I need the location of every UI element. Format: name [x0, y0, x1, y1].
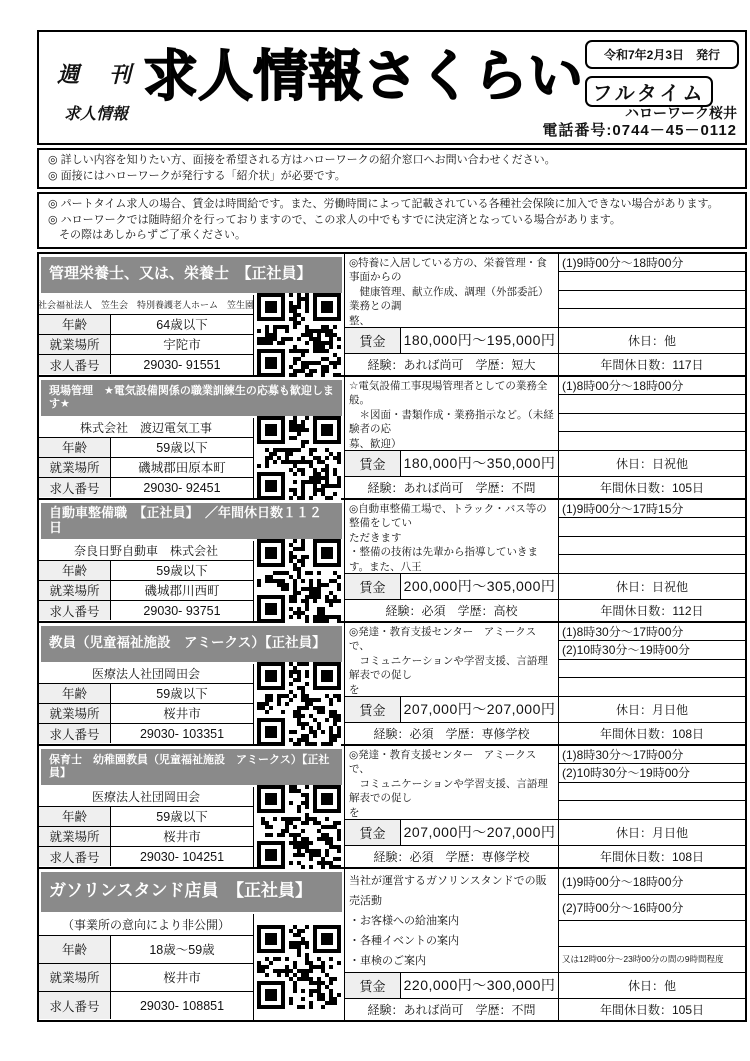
work-hours-row: (1)9時00分～18時00分: [559, 254, 745, 273]
wage-row: 賃金 220,000円～300,000円: [345, 973, 558, 999]
table-row: 年齢 59歳以下: [39, 807, 253, 827]
table-row: 就業場所 桜井市: [39, 704, 253, 724]
age-value: 59歳以下: [111, 561, 253, 580]
workplace-label: 就業場所: [39, 581, 111, 600]
work-hours-row: [559, 518, 745, 537]
edition-line2: 求人情報: [57, 106, 135, 124]
notice-line: ◎ 面接にはハローワークが発行する「紹介状」が必要です。: [48, 169, 736, 185]
annual-holidays-value: 年間休日数：105日: [559, 999, 745, 1020]
annual-holidays-value: 年間休日数：105日: [559, 477, 745, 498]
workplace-value: 磯城郡川西町: [111, 581, 253, 600]
annual-holidays-value: 年間休日数：108日: [559, 846, 745, 867]
table-row: 求人番号 29030- 91551: [39, 355, 253, 374]
job-left-panel: ガソリンスタンド店員 【正社員】 （事業所の意向により非公開） 年齢 18歳～5…: [39, 869, 345, 1020]
page-title: 求人情報さくらい: [143, 32, 583, 111]
job-description: ◎発達・教育支援センター アミークスで、 コミュニケーションや学習支援、言語理解…: [345, 746, 558, 820]
job-mid-panel: ☆電気設備工事現場管理者としての業務全般。 ＊図面・書類作成・業務指示など。（未…: [345, 377, 559, 498]
holiday-value: 休日：他: [559, 328, 745, 354]
experience-education: 経験：あれば尚可 学歴：不問: [345, 999, 558, 1020]
wage-row: 賃金 200,000円～305,000円: [345, 574, 558, 600]
qr-code: [253, 541, 344, 621]
job-number-value: 29030- 103351: [111, 724, 253, 743]
job-title-bar: 管理栄養士、又は、栄養士 【正社員】: [41, 257, 342, 293]
work-hours-row: [559, 309, 745, 328]
age-value: 64歳以下: [111, 315, 253, 334]
table-row: 求人番号 29030- 93751: [39, 601, 253, 620]
edition-line1: 週 刊: [57, 62, 135, 87]
job-number-label: 求人番号: [39, 724, 111, 743]
experience-education: 経験：あれば尚可 学歴：不問: [345, 477, 558, 498]
work-hours-row: [559, 395, 745, 414]
job-description: ◎発達・教育支援センター アミークスで、 コミュニケーションや学習支援、言語理解…: [345, 623, 558, 697]
wage-row: 賃金 180,000円～350,000円: [345, 451, 558, 477]
table-row: 年齢 59歳以下: [39, 684, 253, 704]
job-right-panel: (1)9時00分～18時00分 休日：他 年間休日数：117日: [559, 254, 745, 375]
wage-label: 賃金: [345, 697, 401, 722]
job-listing: 教員（児童福祉施設 アミークス）【正社員】 医療法人社団岡田会 年齢 59歳以下…: [39, 623, 745, 746]
workplace-label: 就業場所: [39, 335, 111, 354]
table-row: 就業場所 宇陀市: [39, 335, 253, 355]
job-left-panel: 自動車整備職 【正社員】 ／年間休日数１１２日 奈良日野自動車 株式会社 年齢 …: [39, 500, 345, 621]
qr-code: [253, 418, 344, 498]
qr-code: [253, 295, 344, 375]
work-hours-row: (1)8時00分～18時00分: [559, 377, 745, 396]
workplace-value: 桜井市: [111, 964, 253, 991]
company-name: （事業所の意向により非公開）: [39, 914, 253, 936]
work-hours-row: [559, 801, 745, 820]
job-number-value: 29030- 104251: [111, 847, 253, 866]
flyer-page: 週 刊 求人情報 求人情報さくらい 令和7年2月3日 発行 フルタイム ハローワ…: [37, 30, 747, 1022]
workplace-value: 桜井市: [111, 704, 253, 723]
table-row: 求人番号 29030- 103351: [39, 724, 253, 743]
work-hours-row: [559, 555, 745, 574]
company-name: 医療法人社団岡田会: [39, 787, 253, 807]
job-number-value: 29030- 108851: [111, 992, 253, 1019]
workplace-value: 磯城郡田原本町: [111, 458, 253, 477]
wage-value: 207,000円～207,000円: [401, 820, 558, 845]
work-hours-row: (2)10時30分～19時00分: [559, 641, 745, 660]
job-number-value: 29030- 92451: [111, 478, 253, 497]
table-row: 年齢 64歳以下: [39, 315, 253, 335]
annual-holidays-value: 年間休日数：112日: [559, 600, 745, 621]
wage-value: 220,000円～300,000円: [401, 973, 558, 998]
job-description: ◎自動車整備工場で、トラック・バス等の整備をしてい ただきます ・整備の技術は先…: [345, 500, 558, 574]
job-right-panel: (1)8時00分～18時00分 休日：日祝他 年間休日数：105日: [559, 377, 745, 498]
job-right-panel: (1)8時30分～17時00分 (2)10時30分～19時00分 休日：月日他 …: [559, 746, 745, 867]
edition-label: 週 刊 求人情報: [57, 44, 135, 143]
age-label: 年齢: [39, 807, 111, 826]
holiday-value: 休日：月日他: [559, 820, 745, 846]
job-right-panel: (1)8時30分～17時00分 (2)10時30分～19時00分 休日：月日他 …: [559, 623, 745, 744]
office-name: ハローワーク桜井: [542, 105, 737, 123]
age-label: 年齢: [39, 438, 111, 457]
age-value: 18歳～59歳: [111, 936, 253, 963]
job-right-panel: (1)9時00分～17時15分 休日：日祝他 年間休日数：112日: [559, 500, 745, 621]
work-hours-row: (1)9時00分～18時00分: [559, 869, 745, 895]
experience-education: 経験：必須 学歴：専修学校: [345, 723, 558, 744]
work-hours-row: [559, 414, 745, 433]
holiday-value: 休日：日祝他: [559, 451, 745, 477]
job-listing: 現場管理 ★電気設備関係の職業訓練生の応募も歓迎します★ 株式会社 渡辺電気工事…: [39, 377, 745, 500]
table-row: 就業場所 桜井市: [39, 964, 253, 992]
job-title-bar: ガソリンスタンド店員 【正社員】: [41, 872, 342, 912]
work-hours-row: [559, 291, 745, 310]
wage-label: 賃金: [345, 973, 401, 998]
notice-line: ◎ ハローワークでは随時紹介を行っておりますので、この求人の中でもすでに決定済と…: [48, 213, 736, 229]
job-listing: 保育士 幼稚園教員（児童福祉施設 アミークス）【正社員】 医療法人社団岡田会 年…: [39, 746, 745, 869]
wage-row: 賃金 207,000円～207,000円: [345, 820, 558, 846]
job-left-panel: 保育士 幼稚園教員（児童福祉施設 アミークス）【正社員】 医療法人社団岡田会 年…: [39, 746, 345, 867]
wage-label: 賃金: [345, 451, 401, 476]
job-listing: 自動車整備職 【正社員】 ／年間休日数１１２日 奈良日野自動車 株式会社 年齢 …: [39, 500, 745, 623]
wage-label: 賃金: [345, 574, 401, 599]
job-title-bar: 保育士 幼稚園教員（児童福祉施設 アミークス）【正社員】: [41, 749, 342, 785]
work-hours-row: (2)7時00分～16時00分: [559, 895, 745, 921]
work-hours-row: (1)8時30分～17時00分: [559, 746, 745, 765]
wage-value: 180,000円～195,000円: [401, 328, 558, 353]
table-row: 求人番号 29030- 108851: [39, 992, 253, 1019]
wage-row: 賃金 180,000円～195,000円: [345, 328, 558, 354]
wage-value: 207,000円～207,000円: [401, 697, 558, 722]
work-hours-row: [559, 783, 745, 802]
workplace-value: 桜井市: [111, 827, 253, 846]
work-hours-row: [559, 678, 745, 697]
wage-label: 賃金: [345, 820, 401, 845]
office-info: ハローワーク桜井 電話番号:0744－45－0112: [542, 105, 737, 141]
job-title-bar: 教員（児童福祉施設 アミークス）【正社員】: [41, 626, 342, 662]
age-label: 年齢: [39, 684, 111, 703]
job-listing: ガソリンスタンド店員 【正社員】 （事業所の意向により非公開） 年齢 18歳～5…: [39, 869, 745, 1020]
wage-row: 賃金 207,000円～207,000円: [345, 697, 558, 723]
job-number-label: 求人番号: [39, 992, 111, 1019]
notice-box-2: ◎ パートタイム求人の場合、賃金は時間給です。また、労働時間によって記載されてい…: [37, 192, 747, 249]
workplace-label: 就業場所: [39, 964, 111, 991]
age-value: 59歳以下: [111, 684, 253, 703]
office-phone: 電話番号:0744－45－0112: [542, 122, 737, 141]
notice-box-1: ◎ 詳しい内容を知りたい方、面接を希望される方はハローワークの紹介窓口へお問い合…: [37, 148, 747, 189]
company-name: 奈良日野自動車 株式会社: [39, 541, 253, 561]
job-left-panel: 管理栄養士、又は、栄養士 【正社員】 社会福祉法人 笠生会 特別養護老人ホーム …: [39, 254, 345, 375]
workplace-label: 就業場所: [39, 827, 111, 846]
work-hours-row: (1)9時00分～17時15分: [559, 500, 745, 519]
job-number-label: 求人番号: [39, 601, 111, 620]
age-label: 年齢: [39, 561, 111, 580]
job-number-value: 29030- 93751: [111, 601, 253, 620]
job-title-bar: 現場管理 ★電気設備関係の職業訓練生の応募も歓迎します★: [41, 380, 342, 416]
work-hours-row: [559, 537, 745, 556]
job-title-bar: 自動車整備職 【正社員】 ／年間休日数１１２日: [41, 503, 342, 539]
masthead: 週 刊 求人情報 求人情報さくらい 令和7年2月3日 発行 フルタイム ハローワ…: [37, 30, 747, 145]
job-left-panel: 教員（児童福祉施設 アミークス）【正社員】 医療法人社団岡田会 年齢 59歳以下…: [39, 623, 345, 744]
work-hours-row: [559, 432, 745, 451]
table-row: 年齢 59歳以下: [39, 561, 253, 581]
job-number-label: 求人番号: [39, 478, 111, 497]
work-hours-row: [559, 272, 745, 291]
company-name: 社会福祉法人 笠生会 特別養護老人ホーム 笠生園: [39, 295, 253, 315]
qr-code: [253, 787, 344, 867]
job-description: ◎特養に入居している方の、栄養管理・食事面からの 健康管理、献立作成、調理（外部…: [345, 254, 558, 328]
issue-date-box: 令和7年2月3日 発行: [585, 40, 739, 69]
work-hours-row: 又は12時00分～23時00分の間の9時間程度: [559, 947, 745, 973]
table-row: 求人番号 29030- 92451: [39, 478, 253, 497]
work-hours-row: [559, 660, 745, 679]
holiday-value: 休日：日祝他: [559, 574, 745, 600]
job-mid-panel: ◎発達・教育支援センター アミークスで、 コミュニケーションや学習支援、言語理解…: [345, 746, 559, 867]
workplace-label: 就業場所: [39, 458, 111, 477]
job-number-value: 29030- 91551: [111, 355, 253, 374]
holiday-value: 休日：他: [559, 973, 745, 999]
qr-code: [253, 914, 344, 1020]
experience-education: 経験：必須 学歴：高校: [345, 600, 558, 621]
experience-education: 経験：必須 学歴：専修学校: [345, 846, 558, 867]
job-number-label: 求人番号: [39, 847, 111, 866]
holiday-value: 休日：月日他: [559, 697, 745, 723]
job-listing: 管理栄養士、又は、栄養士 【正社員】 社会福祉法人 笠生会 特別養護老人ホーム …: [39, 254, 745, 377]
job-mid-panel: ◎自動車整備工場で、トラック・バス等の整備をしてい ただきます ・整備の技術は先…: [345, 500, 559, 621]
workplace-label: 就業場所: [39, 704, 111, 723]
table-row: 求人番号 29030- 104251: [39, 847, 253, 866]
workplace-value: 宇陀市: [111, 335, 253, 354]
age-label: 年齢: [39, 936, 111, 963]
job-mid-panel: ◎発達・教育支援センター アミークスで、 コミュニケーションや学習支援、言語理解…: [345, 623, 559, 744]
qr-code: [253, 664, 344, 744]
table-row: 年齢 59歳以下: [39, 438, 253, 458]
table-row: 就業場所 磯城郡田原本町: [39, 458, 253, 478]
company-name: 医療法人社団岡田会: [39, 664, 253, 684]
job-description: 当社が運営するガソリンスタンドでの販売活動 ・お客様への給油案内 ・各種イベント…: [345, 869, 558, 973]
table-row: 年齢 18歳～59歳: [39, 936, 253, 964]
notice-line: その際はあしからずご了承ください。: [48, 228, 736, 244]
work-hours-row: (2)10時30分～19時00分: [559, 764, 745, 783]
notice-line: ◎ 詳しい内容を知りたい方、面接を希望される方はハローワークの紹介窓口へお問い合…: [48, 153, 736, 169]
job-right-panel: (1)9時00分～18時00分 (2)7時00分～16時00分 又は12時00分…: [559, 869, 745, 1020]
age-value: 59歳以下: [111, 438, 253, 457]
job-left-panel: 現場管理 ★電気設備関係の職業訓練生の応募も歓迎します★ 株式会社 渡辺電気工事…: [39, 377, 345, 498]
employment-type-badge: フルタイム: [585, 76, 713, 107]
wage-label: 賃金: [345, 328, 401, 353]
annual-holidays-value: 年間休日数：108日: [559, 723, 745, 744]
age-label: 年齢: [39, 315, 111, 334]
work-hours-row: (1)8時30分～17時00分: [559, 623, 745, 642]
age-value: 59歳以下: [111, 807, 253, 826]
wage-value: 180,000円～350,000円: [401, 451, 558, 476]
job-mid-panel: ◎特養に入居している方の、栄養管理・食事面からの 健康管理、献立作成、調理（外部…: [345, 254, 559, 375]
job-listings-table: 管理栄養士、又は、栄養士 【正社員】 社会福祉法人 笠生会 特別養護老人ホーム …: [37, 252, 747, 1022]
job-number-label: 求人番号: [39, 355, 111, 374]
wage-value: 200,000円～305,000円: [401, 574, 558, 599]
work-hours-row: [559, 921, 745, 947]
table-row: 就業場所 桜井市: [39, 827, 253, 847]
job-description: ☆電気設備工事現場管理者としての業務全般。 ＊図面・書類作成・業務指示など。（未…: [345, 377, 558, 451]
annual-holidays-value: 年間休日数：117日: [559, 354, 745, 375]
notice-line: ◎ パートタイム求人の場合、賃金は時間給です。また、労働時間によって記載されてい…: [48, 197, 736, 213]
table-row: 就業場所 磯城郡川西町: [39, 581, 253, 601]
company-name: 株式会社 渡辺電気工事: [39, 418, 253, 438]
job-mid-panel: 当社が運営するガソリンスタンドでの販売活動 ・お客様への給油案内 ・各種イベント…: [345, 869, 559, 1020]
experience-education: 経験：あれば尚可 学歴：短大: [345, 354, 558, 375]
